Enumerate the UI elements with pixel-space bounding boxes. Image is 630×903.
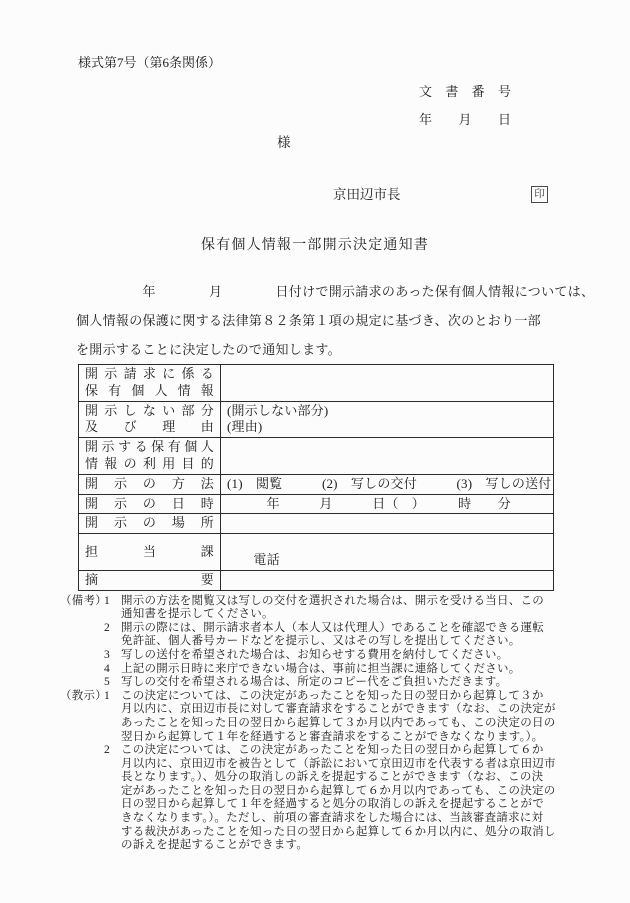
table-row-responsible-division: 担当課 電話 [79,534,554,571]
body-paragraph: 年 月 日付けで開示請求のあった保有個人情報については、 個人情報の保護に関する… [76,277,564,364]
form-number: 様式第7号（第6条関係） [78,55,630,71]
row-value-line [227,535,547,552]
row-value-line: (理由) [227,419,547,436]
date-line: 年月日 [419,112,511,127]
row-value-line: 年 月 日（ ） 時 分 [227,496,547,513]
note-line: この決定については、この決定があったことを知った日の翌日から起算して６か [121,744,580,758]
row-label-line: 情報の利用目的 [85,456,214,473]
body-line: を開示することに決定したので通知します。 [76,335,564,364]
sender-title: 京田辺市長 [333,187,401,202]
note-item: 5 写しの交付を希望される場合は、所定のコピー代をご負担いただきます。 [104,676,580,690]
note-line: 通知書を提示してください。 [121,608,580,622]
sender-row: 京田辺市長 印 [333,187,630,203]
remarks-label: （備考） [60,595,104,609]
table-row-disclosure-place: 開示の場所 [79,514,554,534]
instructions-group: （教示） 1 この決定については、この決定があったことを知った日の翌日から起算し… [60,690,580,853]
body-line: 個人情報の保護に関する法律第８２条第１項の規定に基づき、次のとおり一部 [76,306,564,335]
note-line: 定があったことを知った日の翌日から起算して６か月以内であっても、この決定の [121,785,580,799]
row-label-line: 保有個人情報 [85,383,214,400]
note-number: 2 [104,744,121,758]
table-row-summary: 摘要 [79,570,554,590]
row-value-line: 電話 [227,552,547,569]
note-item: 2 この決定については、この決定があったことを知った日の翌日から起算して６か 月… [104,744,580,853]
row-value-line [227,374,547,391]
disclosure-table: 開示請求に係る 保有個人情報 開示しない部分 及び理由 (開示しない部分) (理… [78,364,554,591]
table-row-disclosure-datetime: 開示の日時 年 月 日（ ） 時 分 [79,494,554,514]
note-line: 日の翌日から起算して１年を経過すると処分の取消しの訴えを提起することがで [121,798,580,812]
note-line: 写しの交付を希望される場合は、所定のコピー代をご負担いただきます。 [121,676,580,690]
row-value-line [227,515,547,532]
note-item: 4 上記の開示日時に来庁できない場合は、事前に担当課に連絡してください。 [104,663,580,677]
row-label-line: 開示の日時 [85,496,214,513]
note-line: あったことを知った日の翌日から起算して３か月以内であっても、この決定の日の [121,717,580,731]
note-line: の訴えを提起することができます。 [121,839,580,853]
row-label-line: 開示請求に係る [85,366,214,383]
table-row-nondisclosed-parts-and-reasons: 開示しない部分 及び理由 (開示しない部分) (理由) [79,401,554,438]
note-number: 5 [104,676,121,690]
note-line: 翌日から起算して１年を経過すると審査請求をすることができなくなります。）。 [121,731,580,745]
row-label-line: 摘要 [85,572,214,589]
row-value-line: (開示しない部分) [227,403,547,420]
row-label-line: 及び理由 [85,419,214,436]
document-number-block: 文書番号 年月日 [419,84,511,127]
note-item: 1 開示の方法を閲覧又は写しの交付を選択された場合は、開示を受ける当日、この 通… [104,595,580,622]
note-line: 開示の方法を閲覧又は写しの交付を選択された場合は、開示を受ける当日、この [121,595,580,609]
document-page: 様式第7号（第6条関係） 文書番号 年月日 様 京田辺市長 印 保有個人情報一部… [0,0,630,903]
note-item: 3 写しの送付を希望された場合は、お知らせする費用を納付してください。 [104,649,580,663]
note-line: 長となります。）、処分の取消しの訴えを提起することができます（なお、この決 [121,771,580,785]
note-item: 1 この決定については、この決定があったことを知った日の翌日から起算して３か 月… [104,690,580,744]
row-label-line: 開示の場所 [85,515,214,532]
page-title: 保有個人情報一部開示決定通知書 [0,237,630,255]
row-value-line: (1) 閲覧 (2) 写しの交付 (3) 写しの送付 [227,476,547,493]
note-line: する裁決があったことを知った日の翌日から起算して６か月以内に、処分の取消し [121,826,580,840]
note-number: 1 [104,690,121,704]
table-row-requested-personal-info: 開示請求に係る 保有個人情報 [79,365,554,402]
note-line: きなくなります。）。ただし、前項の審査請求をした場合には、当該審査請求に対 [121,812,580,826]
inkan-seal-icon: 印 [531,186,548,203]
document-number-label: 文書番号 [419,84,511,99]
note-line: 月以内に、京田辺市を被告として（訴訟において京田辺市を代表する者は京田辺市 [121,758,580,772]
row-label-line: 開示する保有個人 [85,439,214,456]
remarks-group: （備考） 1 開示の方法を閲覧又は写しの交付を選択された場合は、開示を受ける当日… [60,595,580,690]
body-line: 年 月 日付けで開示請求のあった保有個人情報については、 [76,277,564,306]
row-value-line [227,448,547,465]
note-item: 2 開示の際には、開示請求者本人（本人又は代理人）であることを確認できる運転 免… [104,622,580,649]
note-line: 月以内に、京田辺市長に対して審査請求をすることができます（なお、この決定が [121,703,580,717]
row-label-line: 開示しない部分 [85,403,214,420]
table-row-purpose-of-use: 開示する保有個人 情報の利用目的 [79,438,554,475]
row-label-line: 担当課 [85,544,214,561]
table-row-disclosure-method: 開示の方法 (1) 閲覧 (2) 写しの交付 (3) 写しの送付 [79,474,554,494]
note-number: 4 [104,663,121,677]
note-line: この決定については、この決定があったことを知った日の翌日から起算して３か [121,690,580,704]
addressee-suffix: 様 [277,135,630,151]
note-number: 3 [104,649,121,663]
instructions-label: （教示） [60,690,104,704]
row-label-line: 開示の方法 [85,476,214,493]
note-number: 1 [104,595,121,609]
note-line: 免許証、個人番号カードなどを提示し、又はその写しを提出してください。 [121,635,580,649]
note-line: 開示の際には、開示請求者本人（本人又は代理人）であることを確認できる運転 [121,622,580,636]
notes-section: （備考） 1 開示の方法を閲覧又は写しの交付を選択された場合は、開示を受ける当日… [60,595,580,853]
note-number: 2 [104,622,121,636]
note-line: 写しの送付を希望された場合は、お知らせする費用を納付してください。 [121,649,580,663]
note-line: 上記の開示日時に来庁できない場合は、事前に担当課に連絡してください。 [121,663,580,677]
row-value-line [227,572,547,589]
